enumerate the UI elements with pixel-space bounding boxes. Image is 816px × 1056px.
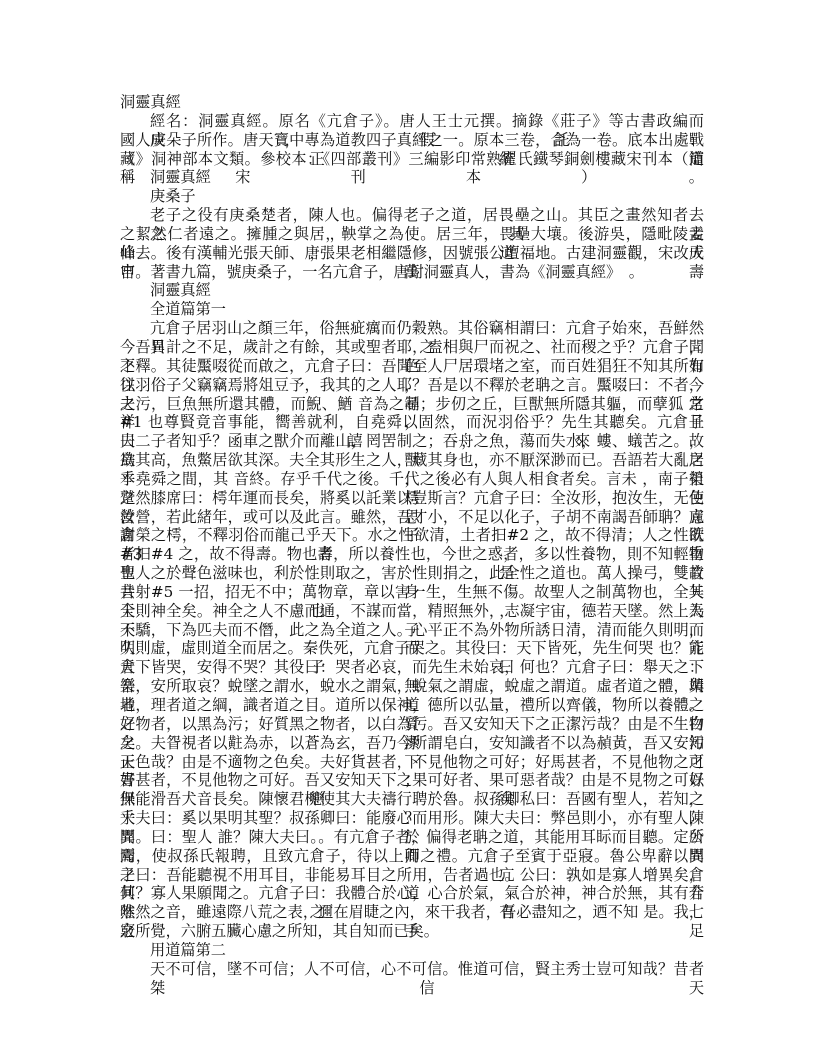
text-line: 唯然之音，雖遠際八荒之表，邇在眉睫之內，來干我者，吾必盡知之，迺不知 是。我七竅… xyxy=(120,903,704,922)
text-line: 矣。夫眢視者以黈為赤，以蒼為玄，吾乃今所謂皂白，安知識者不以為赬黃，吾又安知天下… xyxy=(120,734,704,753)
text-line: 老子之役有庚桑楚者，陳人也。偏得老子之道，居畏壘之山。其臣之畫然知者去之，其妾 xyxy=(120,206,704,225)
text-line: 仙去。後有漢輔光張天師、唐張果老相繼隱修，因號張公壇福地。古建洞靈觀，宋改天申萬… xyxy=(120,244,704,263)
text-line: 欲其高，魚鱉居欲其深。夫全其形生之人，藏其身也，亦不厭深渺而已。吾語若大亂之本，… xyxy=(120,451,704,470)
text-line: 天不可信，墜不可信；人不可信，心不可信。惟道可信，賢主秀士豈可知哉？昔者桀信天 xyxy=(120,960,704,979)
text-line: 不驕，下為匹夫而不僭，此之為全道之人。心平正不為外物所誘日清，清而能久則明，明而… xyxy=(120,621,704,640)
text-line: 謝榮之樗，不釋羽俗而龍己乎天下。水之性欲清，土者抇#2 之，故不得清；人之性欲#… xyxy=(120,526,704,545)
text-line: #1 也尊賢竟音事能，嚮善就利，自堯舜以固然，而況羽俗乎？先生其聽矣。亢倉子曰：… xyxy=(120,413,704,432)
text-line: 焉，使叔孫氏報聘，且致亢倉子，待以上卿之禮。亢倉子至賓于亞寢。魯公卑辭以問之。亢… xyxy=(120,847,704,866)
text-line: 大夫曰：奚以果明其聖？叔孫卿曰：能廢心而用形。陳大夫曰：弊邑則小，亦有聖人，異於… xyxy=(120,809,704,828)
chapter1-heading: 全道篇第一 xyxy=(120,300,704,319)
text-line: 營營，若此緒年，或可以及此言。雖然，吾才小，不足以化子，子胡不南謁吾師聃？亢倉子… xyxy=(120,508,704,527)
chapter1-paragraph: 亢倉子居羽山之顏三年，俗無疵癘而仍穀熟。其俗竊相謂曰：亢倉子始來，吾鮮然異之，今… xyxy=(120,319,704,941)
text-line: 宮。著書九篇，號庚桑子，一名亢倉子，唐封洞靈真人，書為《洞靈真經》 。 xyxy=(120,263,704,282)
text-line: 樂，安所取哀？蛻墜之謂水，蛻水之謂氣，蛻氣之謂虛，蛻虛之謂道。虛者道之體，靖者道… xyxy=(120,677,704,696)
text-line: 以羽俗子父竊竊焉將俎豆予，我其的之人耶？吾是以不釋於老聃之言。黶啜曰：不者，夫尋… xyxy=(120,376,704,395)
book-title: 洞靈真經 xyxy=(120,281,704,300)
document-title: 洞靈真經 xyxy=(120,93,704,112)
chapter2-heading: 用道篇第二 xyxy=(120,941,704,960)
text-line: 者抇#4 之，故不得壽。物也者，所以養性也，今世之惑者，多以性養物，則不知輕重也… xyxy=(120,545,704,564)
text-line: 正色哉？由是不適物之色矣。夫好貨甚者，不見他物之可好；好馬甚者，不見他物之可好；… xyxy=(120,753,704,772)
author-paragraph: 老子之役有庚桑楚者，陳人也。偏得老子之道，居畏壘之山。其臣之畫然知者去之，其妾之… xyxy=(120,206,704,281)
text-line: 藏》洞神部本文類。參校本：《四部叢刊》三編影印常熟瞿氏鐵琴銅劍樓藏宋刊本（簡稱宋… xyxy=(120,150,704,169)
text-line: 聞。曰：聖人 誰？陳大夫曰。。有亢倉子者，偏得老聃之道，其能用耳眎而目聽。定公聞… xyxy=(120,828,704,847)
text-line: 聖人之於聲色滋味也，利於性則取之，害於性則捐之，此全性之道也。萬人操弓，雙音共身… xyxy=(120,564,704,583)
text-line: 經名：洞靈真經。原名《亢倉子》。唐人王士元撰。摘錄《莊子》等古書政編而成，假託戰 xyxy=(120,112,704,131)
text-line: 蹵然膝席曰：樗年運而長矣，將奚以託業以豈斯言？亢倉子曰：全汝形，抱汝生，无使汝思… xyxy=(120,489,704,508)
text-line: 之污，巨魚無所還其體，而鯢、鰌 音為之制；步仞之丘，巨獸無所隱其軀，而孽狐 之祥… xyxy=(120,395,704,414)
text-line: 之絜然仁者遠之。擁腫之與居，鞅掌之為使。居三年，畏壘大壤。後游吳，隱毗陵盂峰，道… xyxy=(120,225,704,244)
text-line: 乎堯舜之間，其 音終。存乎千代之後。千代之後必有人與人相食者矣。言未 ，南子榮之… xyxy=(120,470,704,489)
text-line: 地，理者道之綱，識者道之目。道所以保神，德所以弘量，禮所以齊儀，物所以養體。好質… xyxy=(120,696,704,715)
text-line: 之物者，以黑為污；好質黑之物者，以白為污。吾又安知天下之正潔污哉？由是不生物之潔… xyxy=(120,715,704,734)
text-line: 亢倉子居羽山之顏三年，俗無疵癘而仍穀熟。其俗竊相謂曰：亢倉子始來，吾鮮然異之， xyxy=(120,319,704,338)
text-line: 書甚者，不見他物之可好。吾又安知天下之果可好者、果可惡者哉？由是不見物之可以保戀… xyxy=(120,771,704,790)
text-line: 何？寡人果願聞之。亢倉子曰：我體合於心，心合於氣，氣合於神，神合於無，其有介然之… xyxy=(120,884,704,903)
intro-paragraph: 經名：洞靈真經。原名《亢倉子》。唐人王士元撰。摘錄《莊子》等古書政編而成，假託戰… xyxy=(120,112,704,169)
chapter2-paragraph: 天不可信，墜不可信；人不可信，心不可信。惟道可信，賢主秀士豈可知哉？昔者桀信天 xyxy=(120,960,704,979)
author-heading: 庚桑子 xyxy=(120,187,704,206)
text-line: 天下皆哭，安得不哭？其役曰：哭者必哀，而先生未始哀，何也？亢倉子曰：舉天之下吾無… xyxy=(120,658,704,677)
text-line: 久則虛，虛則道全而居之。秦佚死，亢倉子哭之。其役曰：天下皆死，先生何哭 也？亢倉… xyxy=(120,639,704,658)
text-line: 子曰：吾能聽視不用耳目，非能易耳目之所用，告者過也。公曰：孰如是寡人增異矣，其道… xyxy=(120,866,704,885)
text-line: 不釋。其徒黶啜從而啟之，亢倉子曰：吾聞至人尸居環堵之室，而百姓猖狂不知其所如往，… xyxy=(120,357,704,376)
text-line: 今吾日計之不足，歲計之有餘，其或聖者耶，盍相與尸而祝之、社而稷之乎？亢倉子聞之色… xyxy=(120,338,704,357)
text-line: 國人庚朵子所作。唐天寶中專為道教四子真經之一。原本三卷，合為一卷。底本出處：《正… xyxy=(120,131,704,150)
document-page: 洞靈真經 經名：洞靈真經。原名《亢倉子》。唐人王士元撰。摘錄《莊子》等古書政編而… xyxy=(120,93,704,979)
text-line: 全則神全矣。神全之人不慮而通，不謀而當，精照無外，志凝宇宙，德若天墜。然上為天子… xyxy=(120,602,704,621)
text-line: 音射#5 一招，招无不中；萬物章，章以害一生，生無不傷。故聖人之制萬物也，全其天… xyxy=(120,583,704,602)
text-line: 無能滑吾犬音長矣。陳懷君柳使其大夫禱行聘於魯。叔孫卿私曰：吾國有聖人，若知之乎？… xyxy=(120,790,704,809)
text-line: 夫二子者知乎？函車之獸介而離山，罔罟制之；吞舟之魚，蕩而失水，螻、蟻苦之。故鳥獸… xyxy=(120,432,704,451)
